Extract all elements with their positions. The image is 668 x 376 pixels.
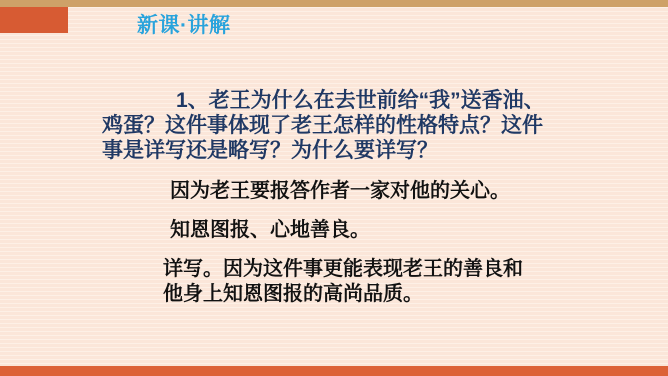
top-bar-decoration <box>0 0 668 7</box>
corner-accent-rect <box>0 7 68 33</box>
presentation-slide: 新课·讲解 1、老王为什么在去世前给“我”送香油、 鸡蛋？这件事体现了老王怎样的… <box>0 0 668 376</box>
question-line-3: 事是详写还是略写？为什么要详写？ <box>102 138 572 163</box>
answer-paragraph-1: 因为老王要报答作者一家对他的关心。 <box>170 179 510 204</box>
question-paragraph: 1、老王为什么在去世前给“我”送香油、 鸡蛋？这件事体现了老王怎样的性格特点？这… <box>102 88 572 163</box>
answer-paragraph-2: 知恩图报、心地善良。 <box>170 218 370 243</box>
question-line-2: 鸡蛋？这件事体现了老王怎样的性格特点？这件 <box>102 113 572 138</box>
bottom-bar-decoration <box>0 366 668 376</box>
answer-3-line-1: 详写。因为这件事更能表现老王的善良和 <box>163 257 523 282</box>
slide-title: 新课·讲解 <box>137 9 231 39</box>
answer-1-line-1: 因为老王要报答作者一家对他的关心。 <box>170 179 510 204</box>
answer-2-line-1: 知恩图报、心地善良。 <box>170 218 370 243</box>
answer-3-line-2: 他身上知恩图报的高尚品质。 <box>163 282 523 307</box>
question-line-1: 1、老王为什么在去世前给“我”送香油、 <box>102 88 572 113</box>
answer-paragraph-3: 详写。因为这件事更能表现老王的善良和 他身上知恩图报的高尚品质。 <box>163 257 523 307</box>
